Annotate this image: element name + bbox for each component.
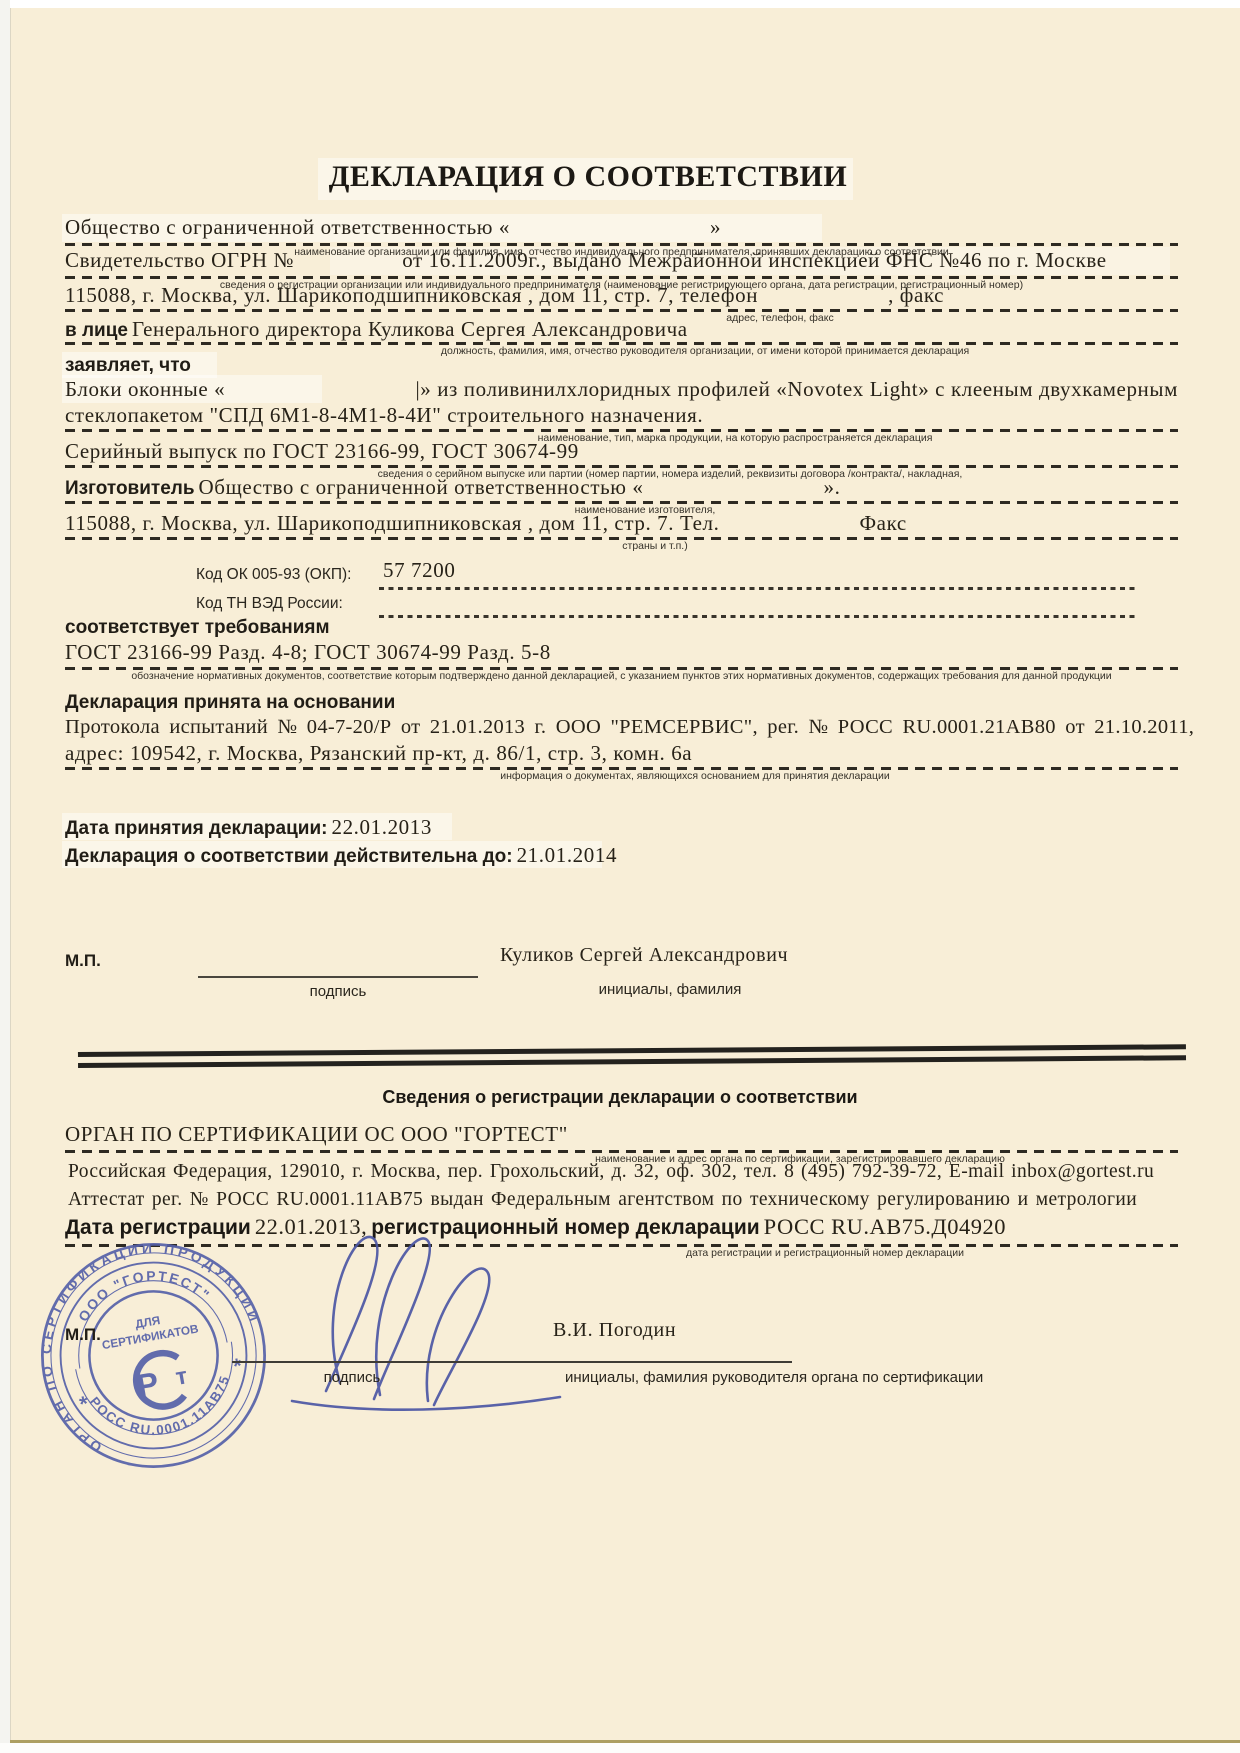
certification-stamp: ОРГАН ПО СЕРТИФИКАЦИИ ПРОДУКЦИИ ООО "ГОР… (17, 1219, 289, 1491)
attestation-line: Аттестат рег. № РОСС RU.0001.11АВ75 выда… (68, 1190, 1137, 1210)
product-line-2: стеклопакетом "СПД 6М1-8-4М1-8-4И" строи… (65, 405, 703, 426)
manufacturer-value: Общество с ограниченной ответственностью… (199, 475, 644, 499)
dotted-rule (379, 587, 1136, 590)
serial-line: Серийный выпуск по ГОСТ 23166-99, ГОСТ 3… (65, 441, 579, 462)
tnved-code-label: Код ТН ВЭД России: (196, 596, 343, 612)
valid-until-label: Декларация о соответствии действительна … (65, 846, 513, 867)
signatory-name-1: Куликов Сергей Александрович (500, 945, 788, 965)
manufacturer-label: Изготовитель (65, 478, 195, 499)
manufacturer-address: 115088, г. Москва, ул. Шарикоподшипников… (65, 511, 719, 535)
okp-code-label: Код ОК 005-93 (ОКП): (196, 567, 351, 583)
head-label: в лице (65, 320, 128, 341)
scan-edge-top (0, 0, 1240, 8)
document-title: ДЕКЛАРАЦИЯ О СООТВЕТСТВИИ (0, 162, 1176, 192)
okp-code-value: 57 7200 (383, 560, 455, 581)
product-line-1: Блоки оконные « |» из поливинилхлоридных… (65, 379, 1178, 400)
ogrn-label: Свидетельство ОГРН № (65, 248, 294, 272)
signature-stroke (326, 1237, 377, 1391)
scanned-declaration-document: ДЕКЛАРАЦИЯ О СООТВЕТСТВИИ Общество с огр… (0, 0, 1240, 1753)
declarant-address-fax: , факс (888, 283, 944, 307)
product-name-prefix: Блоки оконные « (65, 379, 225, 400)
scan-edge-left (0, 0, 10, 1753)
basis-line-1: Протокола испытаний № 04-7-20/Р от 21.01… (65, 717, 1178, 738)
declares-label: заявляет, что (65, 356, 191, 375)
ogrn-rest: от 16.11.2009г., выдано Межрайонной инсп… (402, 248, 1107, 272)
manufacturer-fax: Факс (859, 511, 906, 535)
seal-mark-1: М.П. (65, 952, 101, 969)
basis-line-2: адрес: 109542, г. Москва, Рязанский пр-к… (65, 743, 692, 764)
head-line: в лице Генерального директора Куликова С… (65, 319, 688, 340)
gost-line: ГОСТ 23166-99 Разд. 4-8; ГОСТ 30674-99 Р… (65, 642, 551, 663)
adoption-date-line: Дата принятия декларации: 22.01.2013 (65, 817, 432, 838)
stamp-logo-t: т (173, 1362, 189, 1390)
sign-caption-1: подпись (198, 984, 478, 999)
certification-body-line: ОРГАН ПО СЕРТИФИКАЦИИ ОС ООО "ГОРТЕСТ" (65, 1124, 568, 1145)
certification-body-address: Российская Федерация, 129010, г. Москва,… (68, 1162, 1154, 1182)
registration-section-title: Сведения о регистрации декларации о соот… (0, 1088, 1240, 1106)
head-caption: должность, фамилия, имя, отчество руково… (170, 346, 1240, 357)
signature-line-1 (198, 976, 478, 978)
manufacturer-close: ». (824, 475, 841, 499)
signature-stroke (292, 1397, 560, 1410)
sign-caption-2: подпись (232, 1370, 472, 1385)
manufacturer-line: Изготовитель Общество с ограниченной отв… (65, 477, 840, 498)
declarant-company-line: Общество с ограниченной ответственностью… (65, 217, 721, 238)
registration-number-value: РОСС RU.АВ75.Д04920 (764, 1214, 1006, 1239)
manufacturer-caption2: страны и т.п.) (65, 541, 1240, 552)
declarant-address-line: 115088, г. Москва, ул. Шарикоподшипников… (65, 285, 944, 306)
basis-caption: информация о документах, являющихся осно… (150, 771, 1240, 782)
adoption-date-label: Дата принятия декларации: (65, 818, 327, 839)
product-name-rest: |» из поливинилхлоридных профилей «Novot… (415, 379, 1178, 400)
name-caption-1: инициалы, фамилия (520, 982, 820, 997)
ogrn-line: Свидетельство ОГРН №от 16.11.2009г., выд… (65, 250, 1107, 271)
adoption-date-value: 22.01.2013 (331, 815, 432, 839)
head-value: Генерального директора Куликова Сергея А… (132, 317, 688, 341)
valid-until-value: 21.01.2014 (517, 843, 618, 867)
dotted-rule (379, 615, 1136, 618)
basis-label: Декларация принята на основании (65, 693, 395, 712)
valid-until-line: Декларация о соответствии действительна … (65, 845, 617, 866)
signatory-name-2: В.И. Погодин (553, 1320, 676, 1340)
signature-line-2 (232, 1361, 792, 1363)
declarant-company-close: » (710, 215, 721, 239)
seal-mark-2: М.П. (65, 1326, 101, 1343)
dashed-rule (65, 309, 1178, 312)
name-caption-2: инициалы, фамилия руководителя органа по… (565, 1370, 983, 1385)
stamp-logo-p: Р (134, 1365, 161, 1404)
compliance-label: соответствует требованиям (65, 618, 330, 637)
declarant-address: 115088, г. Москва, ул. Шарикоподшипников… (65, 283, 758, 307)
gost-caption: обозначение нормативных документов, соот… (65, 671, 1178, 682)
declarant-company-prefix: Общество с ограниченной ответственностью… (65, 215, 510, 239)
manufacturer-address-line: 115088, г. Москва, ул. Шарикоподшипников… (65, 513, 907, 534)
scan-edge-bottom (0, 1743, 1240, 1753)
